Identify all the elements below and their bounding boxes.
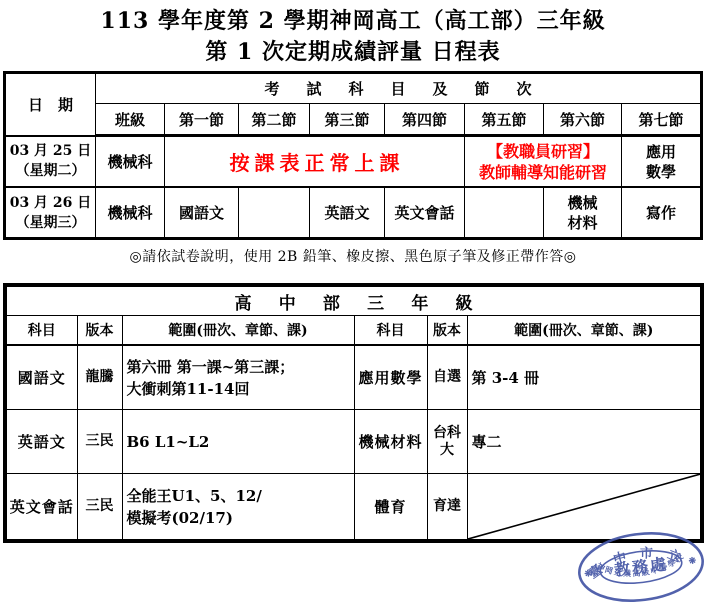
period-5-header: 第五節 [465, 104, 544, 136]
version-cell: 三民 [77, 410, 122, 474]
version-cell: 台科大 [427, 410, 467, 474]
subject-cell-applied-math: 應用 數學 [622, 136, 702, 188]
subject-column-header: 科目 [5, 316, 77, 346]
period-2-header: 第二節 [239, 104, 310, 136]
subject-cell-writing: 寫作 [622, 187, 702, 239]
period-3-header: 第三節 [310, 104, 385, 136]
answer-instructions-note: ◎請依試卷說明，使用 2B 鉛筆、橡皮擦、黑色原子筆及修正帶作答◎ [0, 246, 706, 266]
version-cell: 育達 [427, 474, 467, 542]
class-cell: 機械科 [96, 136, 165, 188]
subject-cell-english: 英語文 [310, 187, 385, 239]
version-column-header: 版本 [427, 316, 467, 346]
exam-schedule-table: 日 期 考試科目及節次 班級 第一節 第二節 第三節 第四節 第五節 第六節 第… [3, 71, 703, 240]
period-7-header: 第七節 [622, 104, 702, 136]
subject-cell-english-conversation: 英文會話 [385, 187, 465, 239]
class-cell: 機械科 [96, 187, 165, 239]
document-title: 113 學年度第 2 學期神岡高工（高工部）三年級 第 1 次定期成績評量 日程… [0, 6, 706, 68]
date-cell-mar26: 03 月 26 日 （星期三） [5, 187, 96, 239]
empty-period-cell [239, 187, 310, 239]
subject-cell: 機械材料 [354, 410, 427, 474]
range-cell: B6 L1~L2 [122, 410, 354, 474]
range-cell: 全能王U1、5、12/ 模擬考(02/17) [122, 474, 354, 542]
range-column-header: 範圍(冊次、章節、課) [467, 316, 702, 346]
title-line-1: 113 學年度第 2 學期神岡高工（高工部）三年級 [0, 6, 706, 37]
range-cell: 專二 [467, 410, 702, 474]
title-line-2: 第 1 次定期成績評量 日程表 [0, 37, 706, 68]
range-cell: 第 3-4 冊 [467, 345, 702, 410]
range-table-title-cell: 高中部三年級 [5, 285, 702, 316]
version-cell: 龍騰 [77, 345, 122, 410]
version-cell: 三民 [77, 474, 122, 542]
stamp-left-flower-icon: ❋ [584, 569, 593, 580]
date-header-cell: 日 期 [5, 73, 96, 136]
version-cell: 自選 [427, 345, 467, 410]
staff-training-cell: 【教職員研習】 教師輔導知能研習 [465, 136, 622, 188]
period-4-header: 第四節 [385, 104, 465, 136]
exam-sections-header-cell: 考試科目及節次 [96, 73, 702, 104]
subject-cell-mechanical-materials: 機械 材料 [544, 187, 622, 239]
subject-cell: 體育 [354, 474, 427, 542]
subject-cell: 英語文 [5, 410, 77, 474]
period-6-header: 第六節 [544, 104, 622, 136]
subject-column-header: 科目 [354, 316, 427, 346]
date-cell-mar25: 03 月 25 日 （星期二） [5, 136, 96, 188]
subject-cell: 英文會話 [5, 474, 77, 542]
normal-class-notice-cell: 按課表正常上課 [165, 136, 465, 188]
stamp-right-flower-icon: ❋ [688, 556, 697, 567]
document-page: 113 學年度第 2 學期神岡高工（高工部）三年級 第 1 次定期成績評量 日程… [0, 0, 706, 605]
range-cell: 第六冊 第一課~第三課； 大衝刺第11-14回 [122, 345, 354, 410]
period-1-header: 第一節 [165, 104, 239, 136]
empty-period-cell [465, 187, 544, 239]
subject-cell: 國語文 [5, 345, 77, 410]
range-column-header: 範圍(冊次、章節、課) [122, 316, 354, 346]
exam-range-table: 高中部三年級 科目 版本 範圍(冊次、章節、課) 科目 版本 範圍(冊次、章節、… [3, 283, 704, 543]
class-header-cell: 班級 [96, 104, 165, 136]
version-column-header: 版本 [77, 316, 122, 346]
subject-cell: 應用數學 [354, 345, 427, 410]
subject-cell-chinese: 國語文 [165, 187, 239, 239]
